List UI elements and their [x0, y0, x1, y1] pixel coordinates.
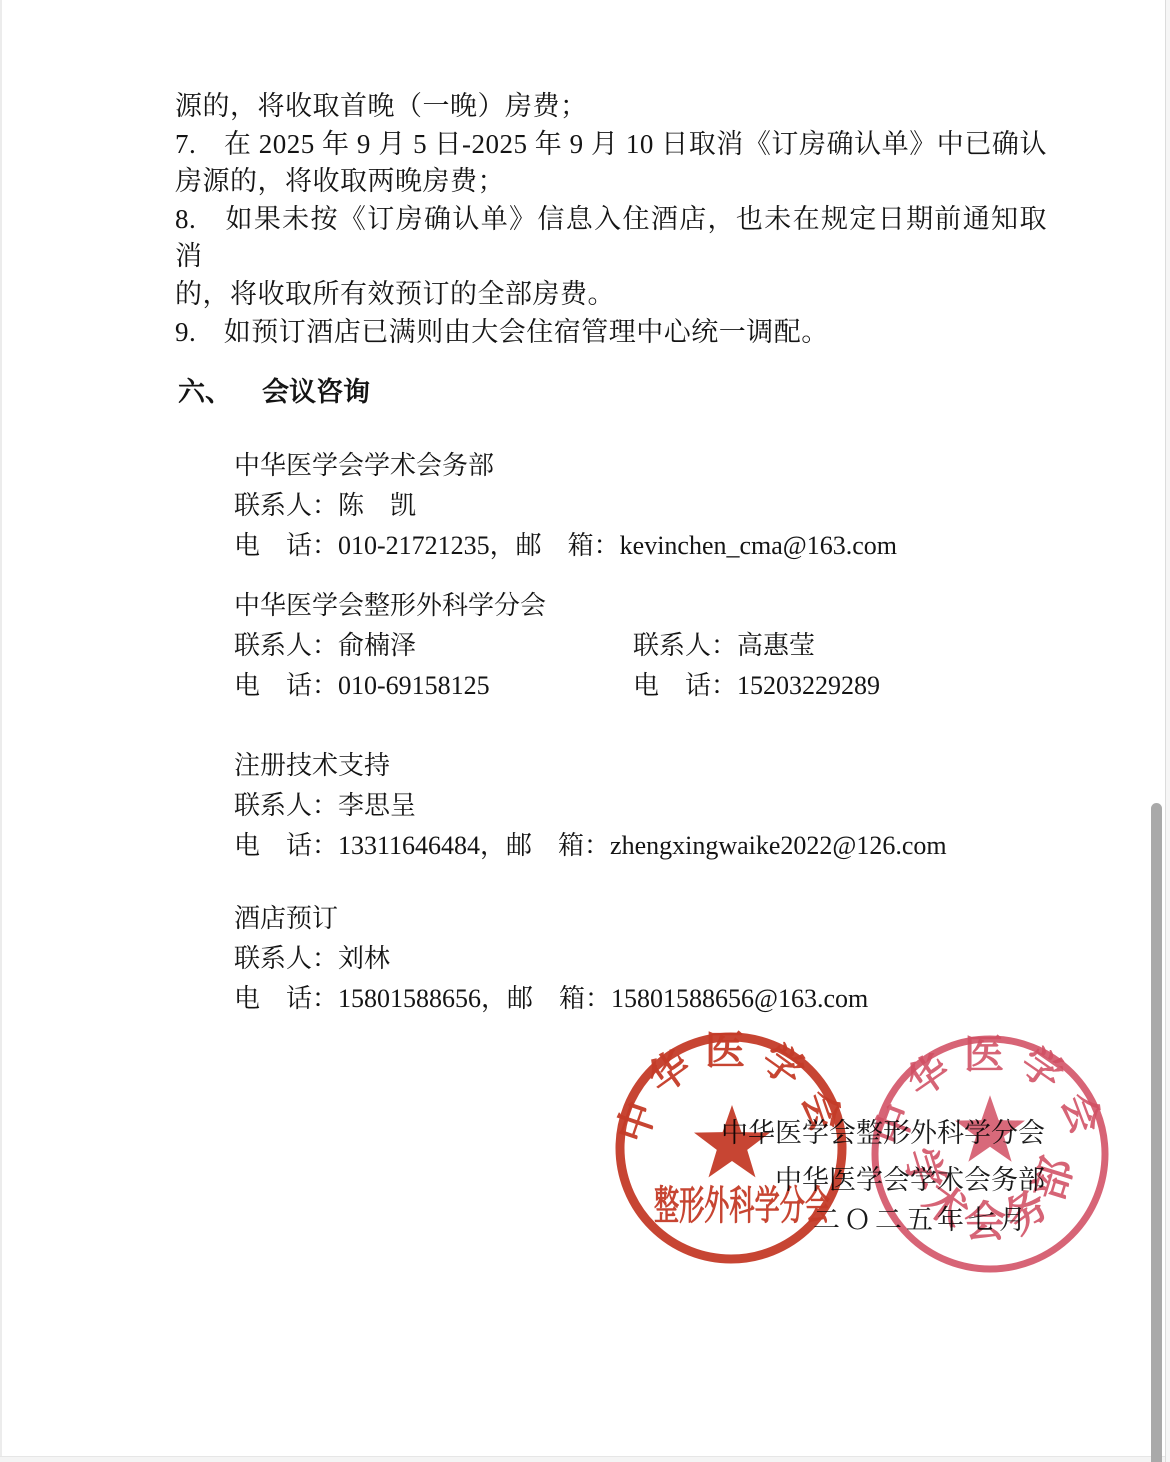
vertical-scrollbar-thumb[interactable] [1151, 803, 1162, 1462]
contact-column-right: 联系人：高惠莹 电 话：15203229289 [633, 626, 880, 706]
contact-person-line: 联系人：刘林 [234, 939, 868, 979]
contact-block-cma-academic-dept: 中华医学会学术会务部 联系人：陈 凯 电 话：010-21721235，邮 箱：… [234, 446, 897, 566]
body-line: 7. 在 2025 年 9 月 5 日-2025 年 9 月 10 日取消《订房… [175, 126, 1047, 164]
contact-columns: 联系人：俞楠泽 电 话：010-69158125 联系人：高惠莹 电 话：152… [234, 626, 880, 706]
org-name: 注册技术支持 [234, 746, 947, 786]
contact-person-line: 联系人：俞楠泽 [234, 626, 633, 666]
contact-phone-line: 电 话：010-21721235，邮 箱：kevinchen_cma@163.c… [234, 526, 897, 566]
org-name: 中华医学会学术会务部 [234, 446, 897, 486]
contact-block-hotel-booking: 酒店预订 联系人：刘林 电 话：15801588656，邮 箱：15801588… [234, 899, 868, 1019]
contact-phone-line: 电 话：15203229289 [633, 666, 880, 706]
page-bottom-edge [0, 1456, 1170, 1462]
body-line: 房源的，将收取两晚房费； [175, 163, 1047, 201]
contact-column-left: 联系人：俞楠泽 电 话：010-69158125 [234, 626, 633, 706]
seal-bottom-arc-text: 学术会务部 [894, 1142, 1085, 1246]
body-line: 的，将收取所有效预订的全部房费。 [175, 276, 1047, 314]
contact-person-line: 联系人：高惠莹 [633, 626, 880, 666]
body-line: 9. 如预订酒店已满则由大会住宿管理中心统一调配。 [175, 314, 1047, 352]
contact-phone-line: 电 话：010-69158125 [234, 666, 633, 706]
seal-star-icon [694, 1105, 770, 1177]
seal-academic-affairs-dept: 中华医学会 学术会务部 [868, 1032, 1112, 1276]
body-line: 源的，将收取首晚（一晚）房费； [175, 88, 1047, 126]
viewer-right-margin [1166, 0, 1170, 1462]
section-number: 六、 [178, 377, 232, 407]
seal-star-icon [955, 1095, 1025, 1162]
contact-phone-line: 电 话：13311646484，邮 箱：zhengxingwaike2022@1… [234, 826, 947, 866]
seal-bottom-text: 整形外科学分会 [654, 1183, 830, 1228]
contact-phone-line: 电 话：15801588656，邮 箱：15801588656@163.com [234, 979, 868, 1019]
page-left-edge [0, 0, 2, 1462]
section-heading: 六、会议咨询 [178, 370, 370, 409]
contact-person-line: 联系人：李思呈 [234, 786, 947, 826]
org-name: 中华医学会整形外科学分会 [234, 586, 880, 626]
seal-plastic-surgery-branch: 中华医学会 整形外科学分会 [611, 1028, 851, 1268]
contact-block-plastic-surgery-branch: 中华医学会整形外科学分会 联系人：俞楠泽 电 话：010-69158125 联系… [234, 586, 880, 706]
body-line: 8. 如果未按《订房确认单》信息入住酒店，也未在规定日期前通知取消 [175, 201, 1047, 276]
contact-person-line: 联系人：陈 凯 [234, 486, 897, 526]
contact-block-registration-support: 注册技术支持 联系人：李思呈 电 话：13311646484，邮 箱：zheng… [234, 746, 947, 866]
document-page: { "page": { "background": "#ffffff", "se… [0, 0, 1170, 1462]
booking-terms-paragraph: 源的，将收取首晚（一晚）房费； 7. 在 2025 年 9 月 5 日-2025… [175, 88, 1047, 351]
org-name: 酒店预订 [234, 899, 868, 939]
section-title: 会议咨询 [262, 377, 370, 407]
